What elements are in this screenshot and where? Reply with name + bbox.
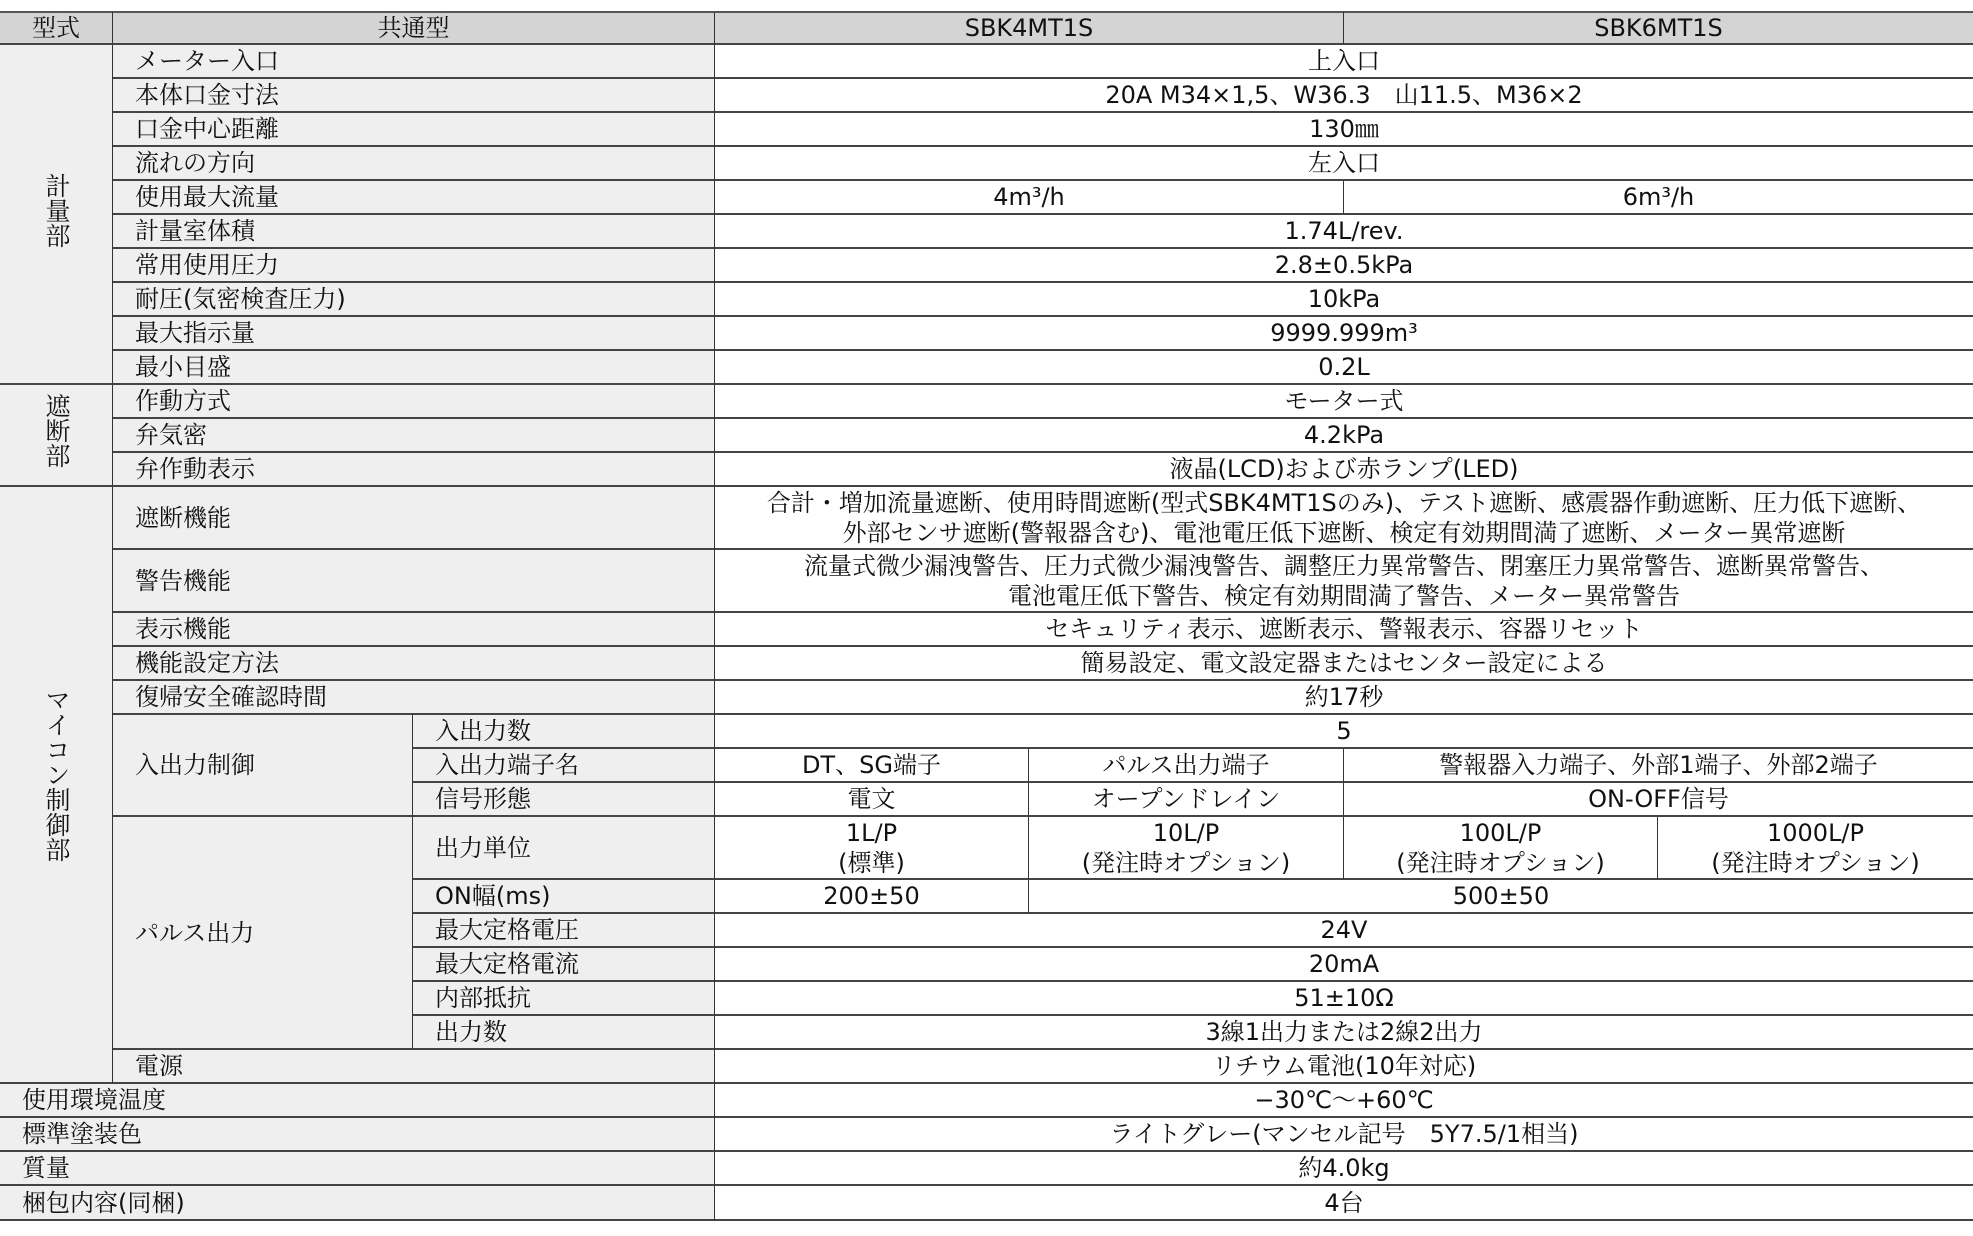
row-value: 2.8±0.5kPa	[715, 249, 1973, 283]
row-value: モーター式	[715, 385, 1973, 419]
row-label: 標準塗装色	[0, 1118, 715, 1152]
row-value: オープンドレイン	[1029, 783, 1344, 817]
header-type: 型式	[0, 11, 113, 45]
row-value: 10kPa	[715, 283, 1973, 317]
row-value: 上入口	[715, 45, 1973, 79]
value-line: 100L/P	[1460, 818, 1542, 848]
value-line: (発注時オプション)	[1396, 848, 1605, 878]
row-value: ON-OFF信号	[1344, 783, 1973, 817]
pulse-output-label: パルス出力	[113, 817, 413, 1050]
row-value: パルス出力端子	[1029, 749, 1344, 783]
row-label: 計量室体積	[113, 215, 715, 249]
row-value: 約17秒	[715, 681, 1973, 715]
row-value: 130㎜	[715, 113, 1973, 147]
row-label: ON幅(ms)	[413, 880, 715, 914]
row-value: 20A M34×1,5、W36.3 山11.5、M36×2	[715, 79, 1973, 113]
row-label: 本体口金寸法	[113, 79, 715, 113]
value-line: 1L/P	[846, 818, 897, 848]
value-line: 10L/P	[1153, 818, 1219, 848]
row-value-b: 6m³/h	[1344, 181, 1973, 215]
row-value: ライトグレー(マンセル記号 5Y7.5/1相当)	[715, 1118, 1973, 1152]
row-value: 5	[715, 715, 1973, 749]
row-label: 復帰安全確認時間	[113, 681, 715, 715]
row-label: 弁気密	[113, 419, 715, 453]
row-label: 常用使用圧力	[113, 249, 715, 283]
row-label: メーター入口	[113, 45, 715, 79]
row-value: 左入口	[715, 147, 1973, 181]
row-value: 51±10Ω	[715, 982, 1973, 1016]
row-label: 遮断機能	[113, 487, 715, 550]
row-value: 合計・増加流量遮断、使用時間遮断(型式SBK4MT1Sのみ)、テスト遮断、感震器…	[715, 487, 1973, 550]
value-line: 1000L/P	[1767, 818, 1864, 848]
row-value: 20mA	[715, 948, 1973, 982]
row-value: 警報器入力端子、外部1端子、外部2端子	[1344, 749, 1973, 783]
row-label: 出力数	[413, 1016, 715, 1050]
value-line: 流量式微少漏洩警告、圧力式微少漏洩警告、調整圧力異常警告、閉塞圧力異常警告、遮断…	[804, 551, 1884, 581]
row-label: 内部抵抗	[413, 982, 715, 1016]
row-value: 1000L/P (発注時オプション)	[1658, 817, 1973, 880]
row-value: 200±50	[715, 880, 1029, 914]
row-value: 0.2L	[715, 351, 1973, 385]
row-value: 簡易設定、電文設定器またはセンター設定による	[715, 647, 1973, 681]
value-line: (発注時オプション)	[1711, 848, 1920, 878]
group-metering-label: 計量部	[41, 173, 71, 248]
group-shutoff-label: 遮断部	[41, 393, 71, 468]
row-label: 使用最大流量	[113, 181, 715, 215]
row-label: 出力単位	[413, 817, 715, 880]
header-model-a: SBK4MT1S	[715, 11, 1344, 45]
group-microcomputer: マイコン制御部	[0, 487, 113, 1084]
row-label: 入出力数	[413, 715, 715, 749]
row-value: 9999.999m³	[715, 317, 1973, 351]
header-common: 共通型	[113, 11, 715, 45]
row-label: 最大定格電流	[413, 948, 715, 982]
group-shutoff: 遮断部	[0, 385, 113, 487]
value-line: 電池電圧低下警告、検定有効期間満了警告、メーター異常警告	[1008, 581, 1680, 611]
row-label: 入出力端子名	[413, 749, 715, 783]
row-label: 警告機能	[113, 550, 715, 613]
row-value: 3線1出力または2線2出力	[715, 1016, 1973, 1050]
group-metering: 計量部	[0, 45, 113, 385]
value-line: (標準)	[838, 848, 905, 878]
row-label: 耐圧(気密検査圧力)	[113, 283, 715, 317]
row-label: 信号形態	[413, 783, 715, 817]
row-value: 電文	[715, 783, 1029, 817]
row-value: 液晶(LCD)および赤ランプ(LED)	[715, 453, 1973, 487]
row-value: 1.74L/rev.	[715, 215, 1973, 249]
row-label: 梱包内容(同梱)	[0, 1186, 715, 1221]
row-label: 使用環境温度	[0, 1084, 715, 1118]
row-label: 表示機能	[113, 613, 715, 647]
row-value: DT、SG端子	[715, 749, 1029, 783]
row-label: 口金中心距離	[113, 113, 715, 147]
io-control-label: 入出力制御	[113, 715, 413, 817]
row-value: 500±50	[1029, 880, 1973, 914]
value-line: (発注時オプション)	[1082, 848, 1291, 878]
row-label: 弁作動表示	[113, 453, 715, 487]
row-value: 4台	[715, 1186, 1973, 1221]
row-value: 10L/P (発注時オプション)	[1029, 817, 1344, 880]
row-value: リチウム電池(10年対応)	[715, 1050, 1973, 1084]
row-value: 流量式微少漏洩警告、圧力式微少漏洩警告、調整圧力異常警告、閉塞圧力異常警告、遮断…	[715, 550, 1973, 613]
row-value: 約4.0kg	[715, 1152, 1973, 1186]
row-label: 作動方式	[113, 385, 715, 419]
row-value: セキュリティ表示、遮断表示、警報表示、容器リセット	[715, 613, 1973, 647]
group-microcomputer-label: マイコン制御部	[41, 687, 71, 862]
row-value: 4.2kPa	[715, 419, 1973, 453]
row-value: 1L/P (標準)	[715, 817, 1029, 880]
row-label: 機能設定方法	[113, 647, 715, 681]
row-label: 最小目盛	[113, 351, 715, 385]
value-line: 合計・増加流量遮断、使用時間遮断(型式SBK4MT1Sのみ)、テスト遮断、感震器…	[767, 488, 1921, 518]
row-label: 最大定格電圧	[413, 914, 715, 948]
row-value: 100L/P (発注時オプション)	[1344, 817, 1658, 880]
row-value: 24V	[715, 914, 1973, 948]
row-label: 最大指示量	[113, 317, 715, 351]
row-label: 電源	[113, 1050, 715, 1084]
row-value: −30℃〜+60℃	[715, 1084, 1973, 1118]
row-label: 質量	[0, 1152, 715, 1186]
row-value-a: 4m³/h	[715, 181, 1344, 215]
header-model-b: SBK6MT1S	[1344, 11, 1973, 45]
row-label: 流れの方向	[113, 147, 715, 181]
value-line: 外部センサ遮断(警報器含む)、電池電圧低下遮断、検定有効期間満了遮断、メーター異…	[843, 518, 1846, 548]
